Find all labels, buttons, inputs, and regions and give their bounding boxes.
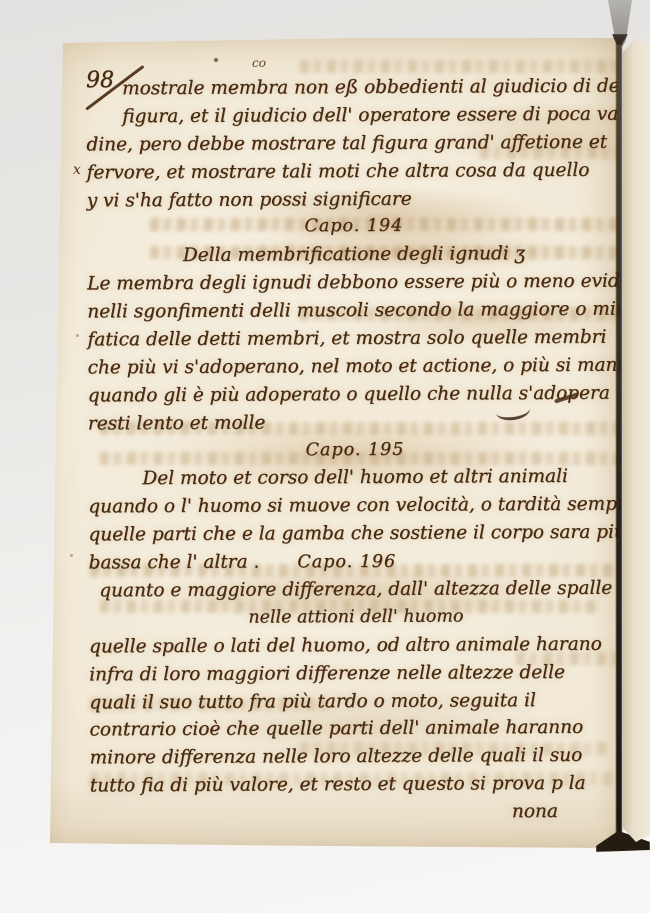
ink-fleck (70, 554, 73, 557)
manuscript-line: minore differenza nelle loro altezze del… (90, 742, 624, 773)
chapter-heading: Capo. 196 (297, 552, 396, 573)
manuscript-line: mostrale membra non eß obbedienti al giu… (122, 73, 620, 103)
manuscript-line: quelle spalle o lati del huomo, od altro… (89, 630, 623, 661)
manuscript-line: tutto fia di più valore, et resto et que… (90, 770, 624, 801)
manuscript-line: che più vi s'adoperano, nel moto et acti… (87, 352, 621, 383)
manuscript-line: bassa che l' altra .Capo. 196 (89, 547, 623, 578)
manuscript-line-text: bassa che l' altra . (89, 552, 260, 574)
chapter-title: Della membrificatione degli ignudi ʒ (87, 240, 621, 271)
catchword: nona (90, 798, 624, 829)
manuscript-line: quali il suo tutto fra più tardo o moto,… (89, 686, 623, 717)
manuscript-line: contrario cioè che quelle parti dell' an… (89, 714, 623, 745)
text-column: mostrale membra non eß obbedienti al giu… (86, 73, 624, 829)
chapter-title: quanto e maggiore differenza, dall' alte… (89, 575, 623, 606)
ink-fleck (76, 334, 79, 337)
margin-collation-mark: x (73, 162, 81, 178)
manuscript-line: quando gli è più adoperato o quello che … (88, 379, 622, 410)
manuscript-line: Le membra degli ignudi debbono essere pi… (87, 268, 621, 299)
manuscript-line: y vi s'ha fatto non possi significare (87, 184, 621, 215)
chapter-heading: Capo. 195 (88, 435, 622, 466)
abbreviation-mark: co (252, 56, 266, 70)
chapter-heading: Capo. 194 (87, 212, 621, 243)
manuscript-line: dine, pero debbe mostrare tal figura gra… (86, 128, 620, 159)
chapter-subtitle: nelle attioni dell' huomo (89, 603, 623, 634)
manuscript-line: quando o l' huomo si muove con velocità,… (88, 491, 622, 522)
manuscript-line: infra di loro maggiori differenze nelle … (89, 658, 623, 689)
manuscript-page: 98 co x mostrale membra non eß obbedient… (46, 34, 622, 850)
book-gutter (616, 38, 622, 844)
chapter-title: Del moto et corso dell' huomo et altri a… (88, 463, 622, 494)
manuscript-line: resti lento et molle (88, 407, 622, 438)
ink-fleck (214, 58, 218, 62)
manuscript-line: quelle parti che e la gamba che sostiene… (88, 519, 622, 550)
manuscript-line: nelli sgonfimenti delli muscoli secondo … (87, 296, 621, 327)
manuscript-line: fatica delle detti membri, et mostra sol… (87, 324, 621, 355)
facing-page-edge (623, 40, 650, 842)
manuscript-photograph: 98 co x mostrale membra non eß obbedient… (0, 0, 650, 913)
manuscript-line: fervore, et mostrare tali moti che altra… (86, 156, 620, 187)
ink-bleed (300, 60, 630, 73)
manuscript-line: figura, et il giudicio dell' operatore e… (122, 100, 620, 130)
